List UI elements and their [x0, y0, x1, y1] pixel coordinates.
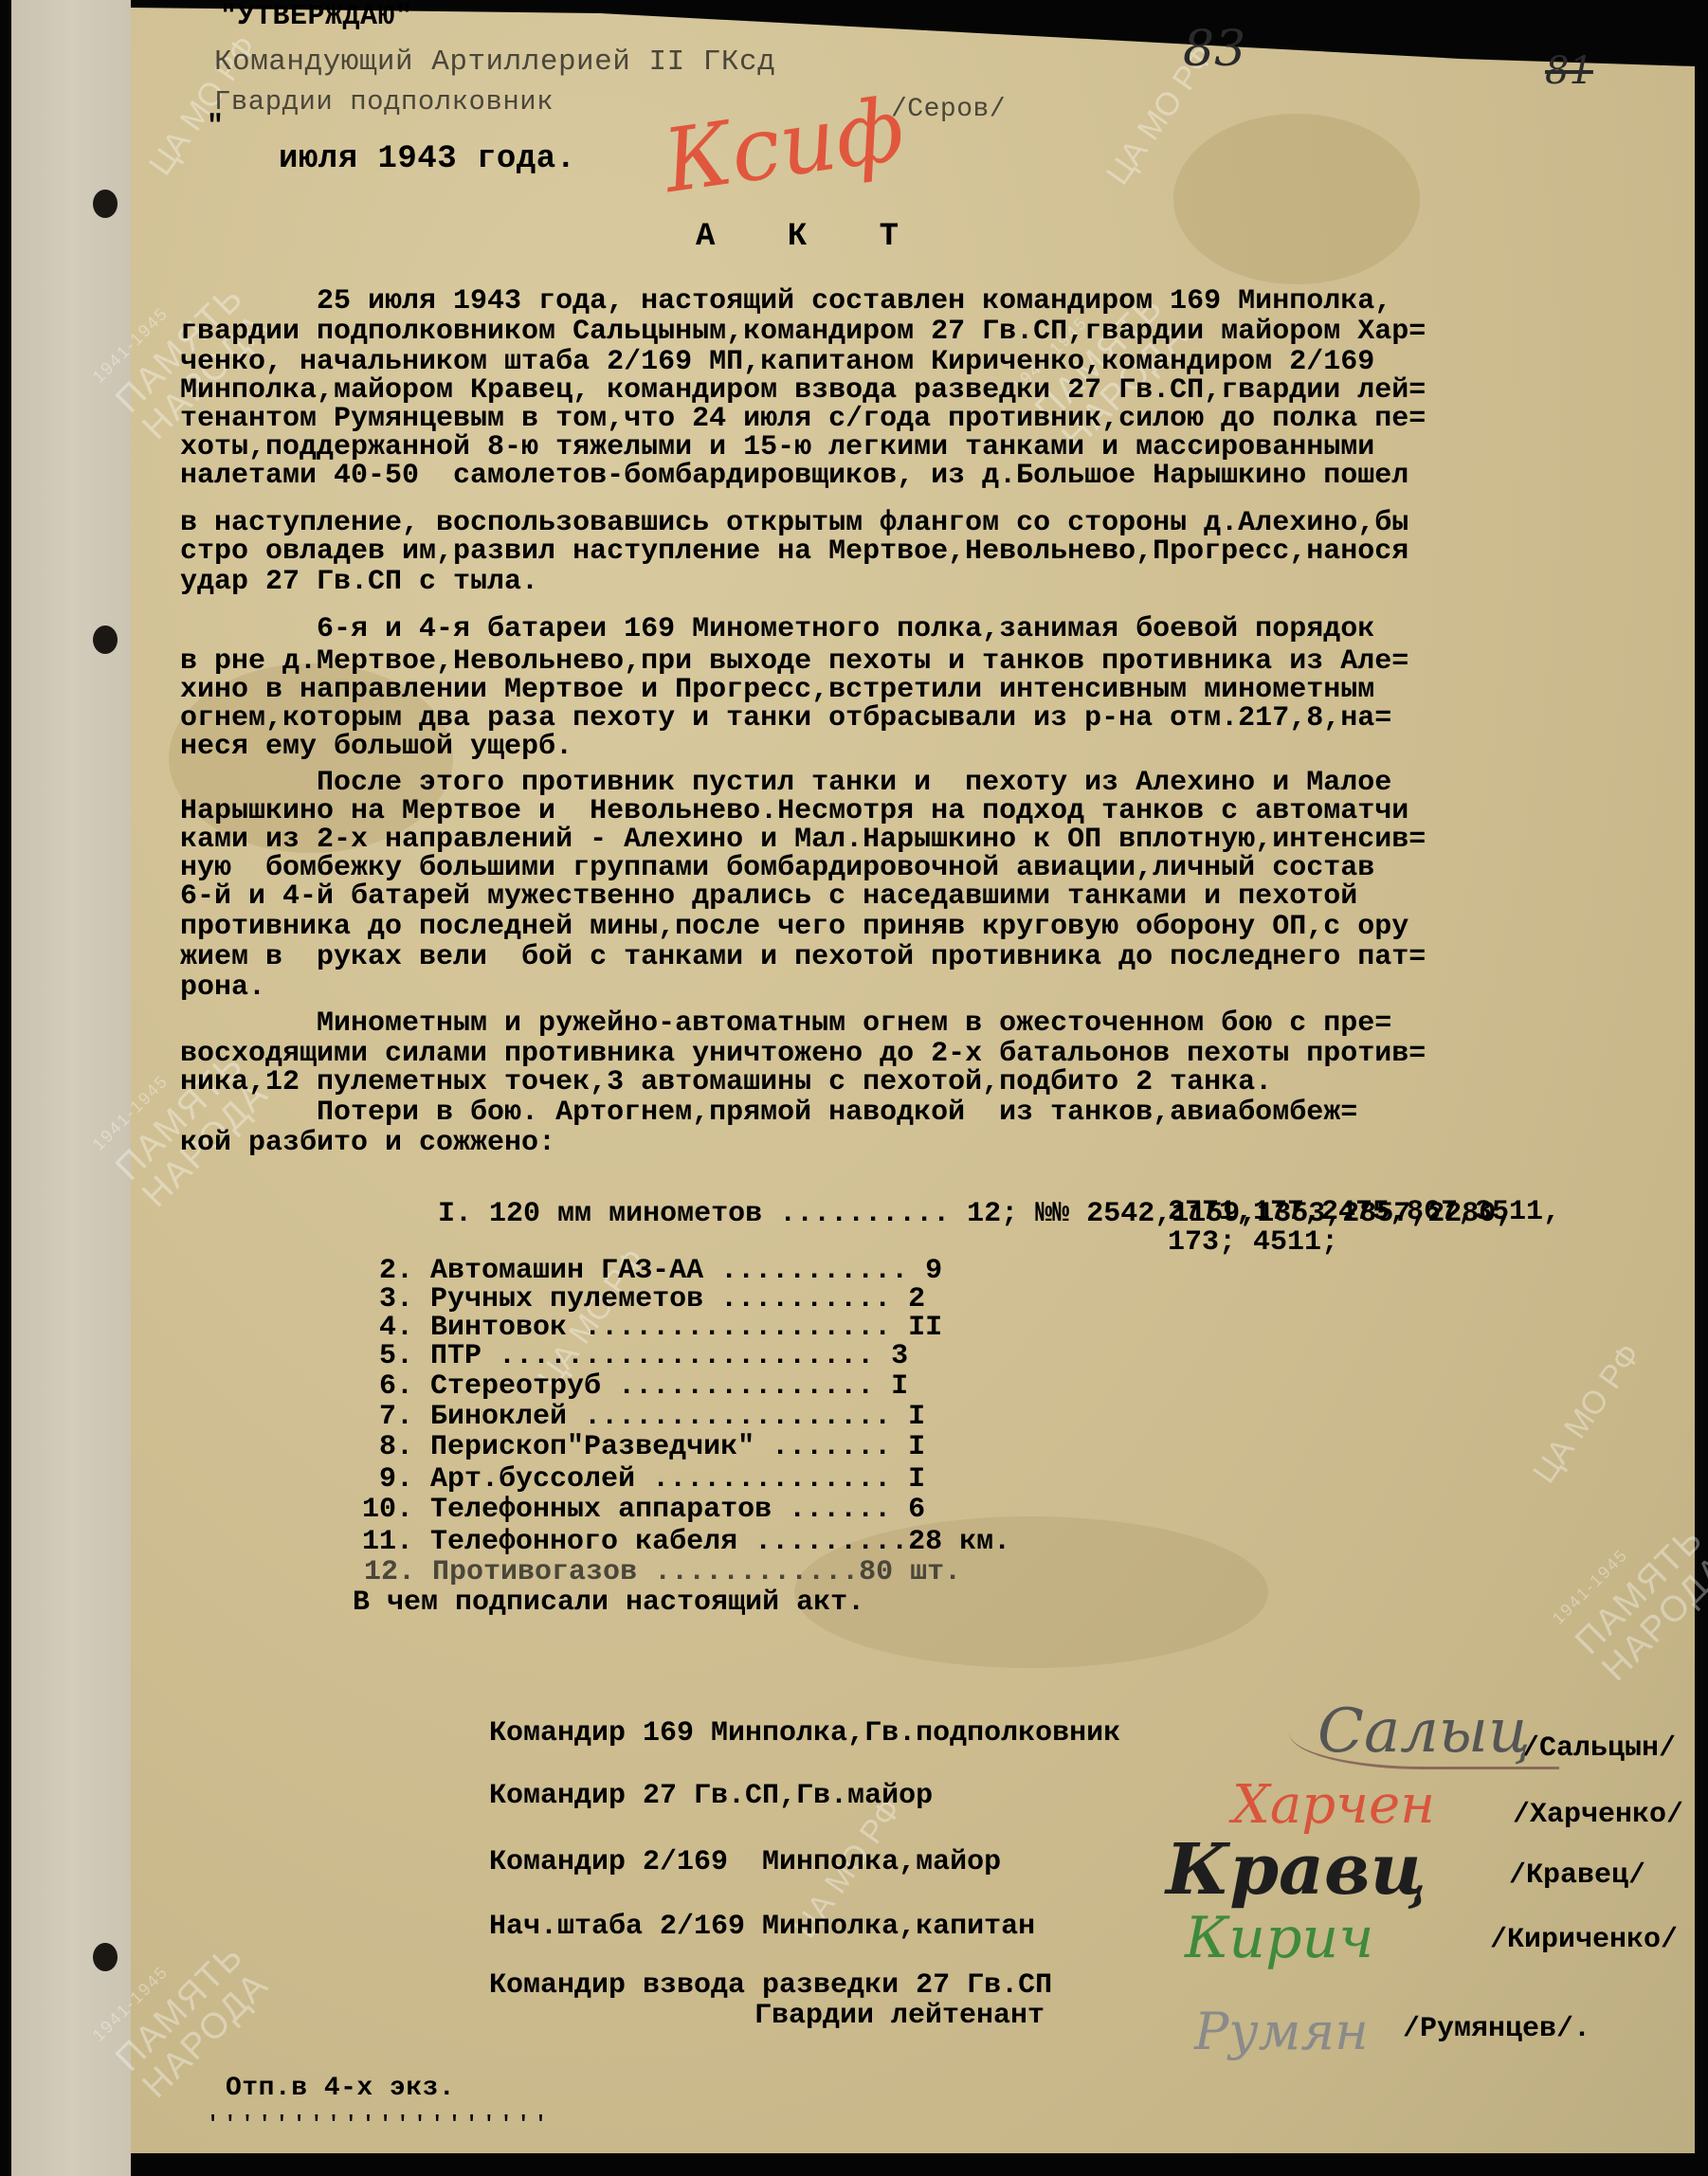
- signatory-position-4: Нач.штаба 2/169 Минполка,капитан: [489, 1911, 1035, 1943]
- paragraph-line: ками из 2-х направлений - Алехино и Мал.…: [180, 825, 1687, 856]
- paragraph-line: Нарышкино на Мертвое и Невольнево.Несмот…: [180, 796, 1687, 827]
- paragraph-line: После этого противник пустил танки и пех…: [180, 768, 1687, 799]
- signatory-position-2: Командир 27 Гв.СП,Гв.майор: [489, 1780, 933, 1812]
- signatory-name-2: /Харченко/: [1513, 1799, 1683, 1831]
- loss-item-4: 4. Винтовок .................. II: [379, 1314, 942, 1342]
- punch-hole-bottom: [93, 1943, 118, 1971]
- paragraph-line: гвардии подполковником Сальцыным,команди…: [180, 317, 1687, 348]
- paragraph-line: противника до последней мины,после чего …: [180, 912, 1687, 943]
- paragraph-line: хоты,поддержанной 8-ю тяжелыми и 15-ю ле…: [180, 432, 1687, 463]
- paragraph-line: восходящими силами противника уничтожено…: [180, 1039, 1687, 1070]
- paragraph-line: жием в руках вели бой с танками и пехото…: [180, 942, 1687, 973]
- paragraph-line: рона.: [180, 972, 1687, 1004]
- loss-item-2: 2. Автомашин ГАЗ-АА ........... 9: [379, 1257, 942, 1285]
- approval-date: июля 1943 года.: [279, 144, 576, 174]
- signatory-position-5-rank: Гвардии лейтенант: [754, 2000, 1045, 2032]
- paragraph-line: тенантом Румянцевым в том,что 24 июля с/…: [180, 404, 1687, 435]
- page-number-handwritten: 83: [1183, 21, 1245, 78]
- signature-handwritten-4: Кирич: [1185, 1905, 1373, 1971]
- document-title: А К Т: [696, 222, 925, 252]
- loss-item-12: 12. Противогазов ............80 шт.: [364, 1558, 961, 1587]
- loss-item-3: 3. Ручных пулеметов .......... 2: [379, 1285, 925, 1314]
- copies-note: Отп.в 4-х экз.: [226, 2074, 455, 2104]
- approval-date-quote: ": [207, 112, 225, 142]
- loss-item-1-serials-3: 173; 4511;: [1168, 1228, 1338, 1257]
- signatory-name-3: /Кравец/: [1509, 1859, 1645, 1892]
- paragraph-line: неся ему большой ущерб.: [180, 732, 1687, 763]
- paragraph-line: ника,12 пулеметных точек,3 автомашины с …: [180, 1067, 1687, 1098]
- loss-item-7: 7. Биноклей .................. I: [379, 1403, 925, 1431]
- paragraph-line: удар 27 Гв.СП с тыла.: [180, 567, 1687, 598]
- paragraph-line: в рне д.Мертвое,Невольнево,при выходе пе…: [180, 646, 1687, 678]
- loss-item-8: 8. Перископ"Разведчик" ....... I: [379, 1433, 925, 1461]
- paragraph-line: хино в направлении Мертвое и Прогресс,вс…: [180, 675, 1687, 706]
- signatory-position-5: Командир взвода разведки 27 Гв.СП: [489, 1969, 1052, 2002]
- approval-signature-name: /Серов/: [891, 95, 1006, 125]
- punch-hole-top: [93, 190, 118, 218]
- paragraph-line: 6-й и 4-й батарей мужественно дрались с …: [180, 881, 1687, 913]
- signatory-name-5: /Румянцев/.: [1403, 2013, 1590, 2045]
- loss-item-9: 9. Арт.буссолей .............. I: [379, 1465, 925, 1494]
- signatory-name-4: /Кириченко/: [1490, 1924, 1678, 1956]
- binding-strip: [11, 0, 131, 2176]
- loss-item-10: 10. Телефонных аппаратов ...... 6: [362, 1496, 925, 1524]
- signature-handwritten-5: Румян: [1194, 2002, 1369, 2061]
- loss-item-5: 5. ПТР ...................... 3: [379, 1342, 908, 1370]
- paragraph-line: 25 июля 1943 года, настоящий составлен к…: [180, 286, 1687, 317]
- paragraph-line: ную бомбежку большими группами бомбардир…: [180, 853, 1687, 884]
- loss-item-6: 6. Стереотруб ............... I: [379, 1372, 908, 1401]
- paragraph-line: Минполка,майором Кравец, командиром взво…: [180, 375, 1687, 407]
- paragraph-line: стро овладев им,развил наступление на Ме…: [180, 536, 1687, 568]
- paragraph-line: огнем,которым два раза пехоту и танки от…: [180, 703, 1687, 734]
- loss-item-1-serials-2: 2771,177,2475,867,3511,: [1168, 1198, 1560, 1226]
- paragraph-line: Минометным и ружейно-автоматным огнем в …: [180, 1008, 1687, 1040]
- closing-statement: В чем подписали настоящий акт.: [353, 1588, 864, 1617]
- punch-hole-middle: [93, 626, 118, 654]
- signature-handwritten-3: Кравц: [1166, 1829, 1426, 1911]
- approval-heading: "УТВЕРЖДАЮ": [220, 2, 413, 32]
- paragraph-line: кой разбито и сожжено:: [180, 1128, 1687, 1159]
- signature-handwritten-1: Салыц: [1289, 1696, 1559, 1769]
- copies-note-underline: '''''''''''''''''''': [207, 2110, 552, 2140]
- signatory-position-1: Командир 169 Минполка,Гв.подполковник: [489, 1717, 1120, 1750]
- signature-handwritten-2: Харчен: [1232, 1774, 1435, 1836]
- signatory-position-3: Командир 2/169 Минполка,майор: [489, 1846, 1001, 1878]
- paragraph-line: налетами 40-50 самолетов-бомбардировщико…: [180, 461, 1687, 492]
- page-number-crossed-out: 81: [1545, 49, 1593, 93]
- paragraph-line: в наступление, воспользовавшись открытым…: [180, 508, 1687, 539]
- paragraph-line: Потери в бою. Артогнем,прямой наводкой и…: [180, 1097, 1687, 1129]
- approval-line-commander: Командующий Артиллерией II ГКсд: [214, 47, 775, 78]
- approval-line-rank: Гвардии подполковник: [214, 87, 554, 118]
- loss-item-11: 11. Телефонного кабеля .........28 км.: [362, 1528, 1010, 1556]
- paragraph-line: ченко, начальником штаба 2/169 МП,капита…: [180, 347, 1687, 378]
- paragraph-line: 6-я и 4-я батареи 169 Минометного полка,…: [180, 614, 1687, 645]
